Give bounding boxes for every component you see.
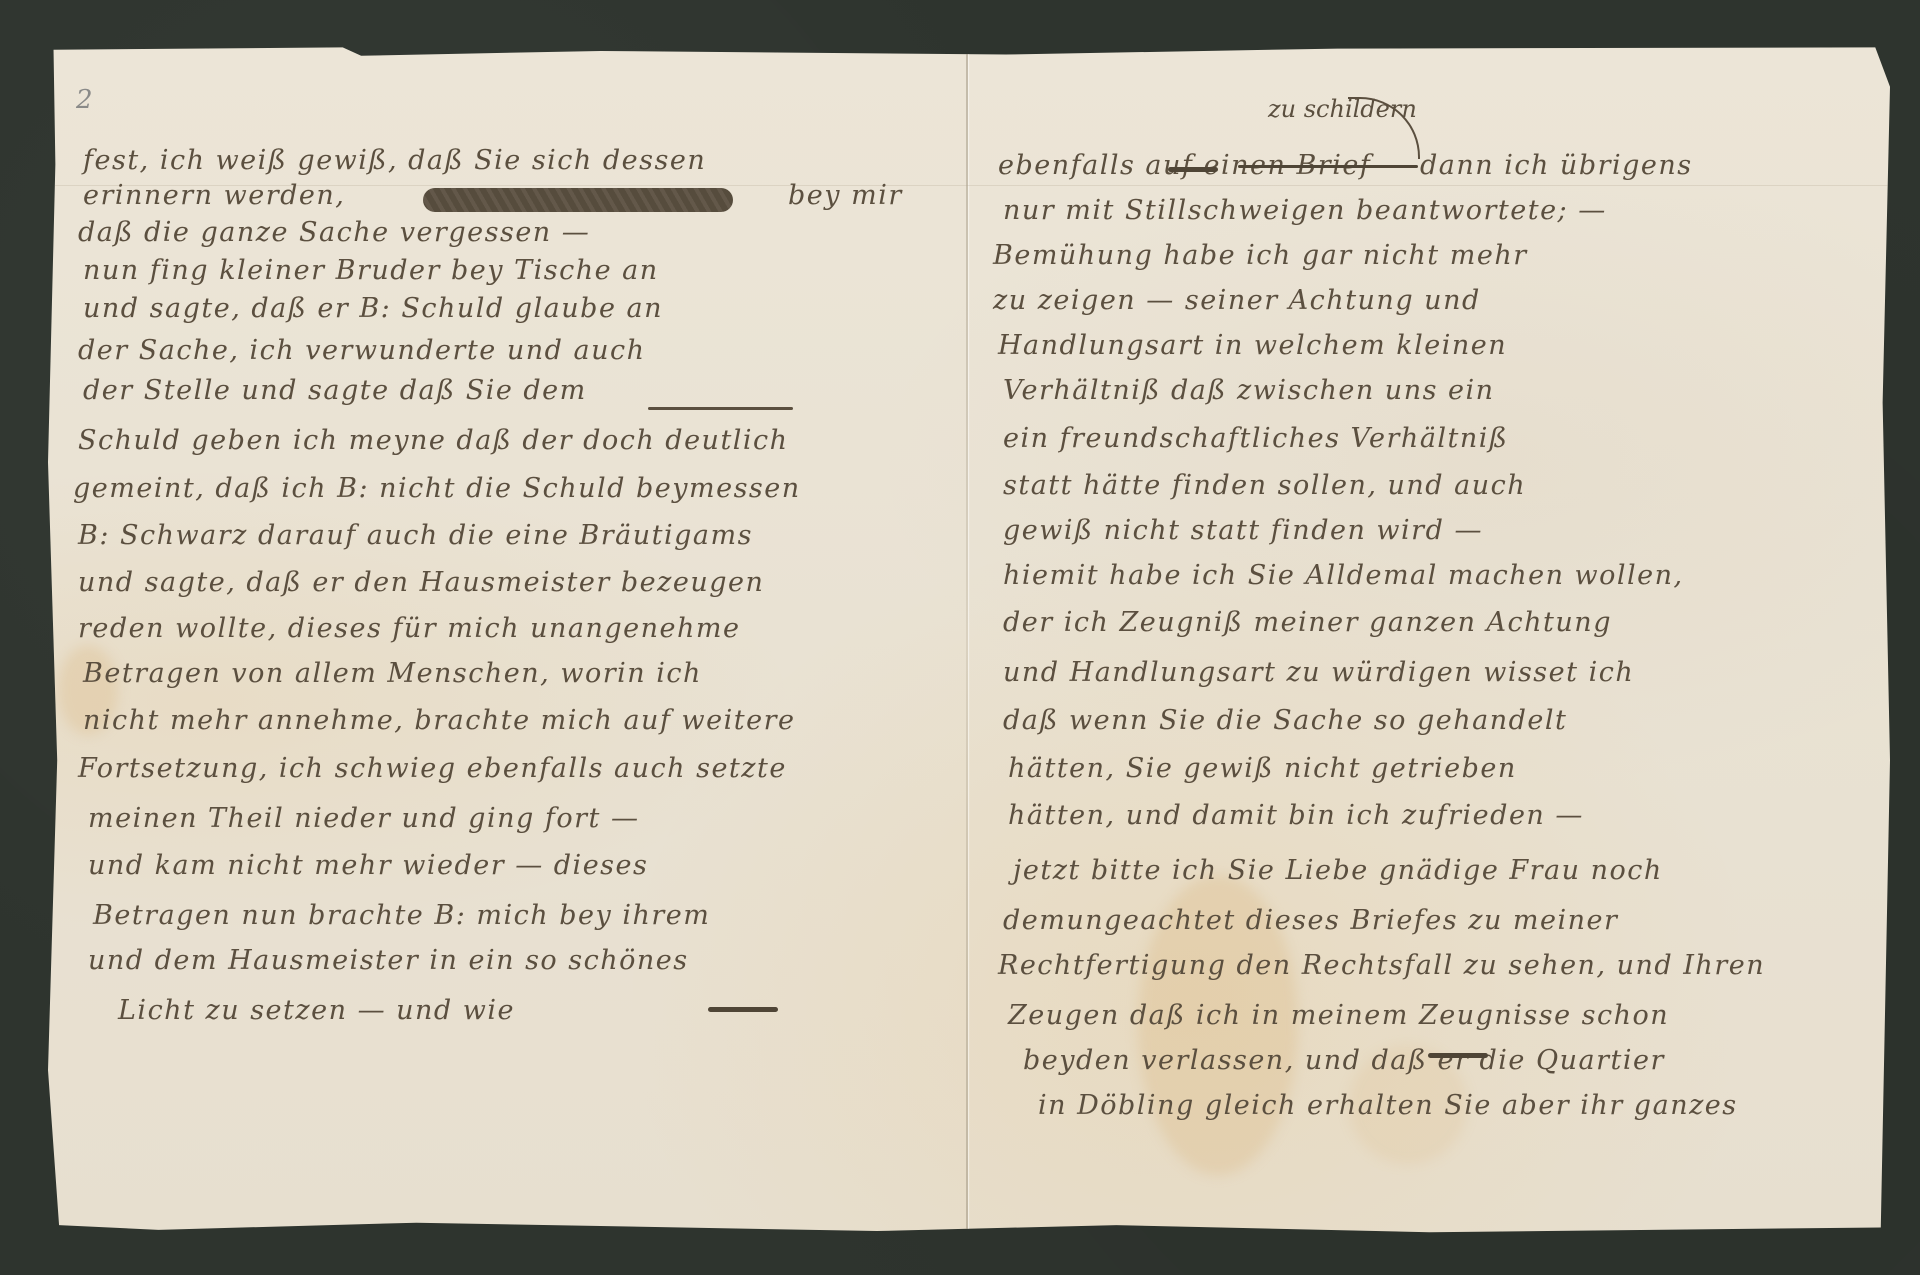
page-number: 2 [76,85,93,115]
manuscript-line: der Stelle und sagte daß Sie dem [83,375,587,406]
manuscript-line: ein freundschaftliches Verhältniß [1003,423,1508,454]
manuscript-line: Handlungsart in welchem kleinen [998,330,1507,361]
crossed-out-word [1428,1053,1488,1058]
manuscript-line: bey mir [788,180,903,211]
manuscript-line: hiemit habe ich Sie Alldemal machen woll… [1003,560,1684,591]
manuscript-line: daß wenn Sie die Sache so gehandelt [1003,705,1567,736]
crossed-out-word [708,1007,778,1012]
manuscript-line: und kam nicht mehr wieder — dieses [88,850,648,881]
manuscript-line: Schuld geben ich meyne daß der doch deut… [78,425,789,456]
manuscript-line: Licht zu setzen — und wie [118,995,515,1026]
manuscript-line: Betragen nun brachte B: mich bey ihrem [93,900,710,931]
crossed-out-words [1238,165,1418,168]
manuscript-line: der Sache, ich verwunderte und auch [78,335,645,366]
manuscript-line: daß die ganze Sache vergessen — [78,217,590,248]
manuscript-line: Zeugen daß ich in meinem Zeugnisse schon [1008,1000,1669,1031]
underline-mark [648,407,793,410]
manuscript-line: B: Schwarz darauf auch die eine Bräutiga… [78,520,753,551]
manuscript-line: Verhältniß daß zwischen uns ein [1003,375,1495,406]
manuscript-line: hätten, und damit bin ich zufrieden — [1008,800,1584,831]
manuscript-line: und dem Hausmeister in ein so schönes [88,945,689,976]
manuscript-line: meinen Theil nieder und ging fort — [88,803,639,834]
manuscript-line: Betragen von allem Menschen, worin ich [83,658,702,689]
crossed-out-word [1168,167,1218,172]
manuscript-line: gemeint, daß ich B: nicht die Schuld bey… [73,473,801,504]
manuscript-page: 2 fest, ich weiß gewiß, daß Sie sich des… [48,45,1890,1237]
manuscript-line: gewiß nicht statt finden wird — [1003,515,1483,546]
manuscript-line: zu zeigen — seiner Achtung und [993,285,1481,316]
manuscript-line: Fortsetzung, ich schwieg ebenfalls auch … [78,753,787,784]
manuscript-line: demungeachtet dieses Briefes zu meiner [1003,905,1618,936]
manuscript-line: jetzt bitte ich Sie Liebe gnädige Frau n… [1013,855,1663,886]
crossed-out-text [423,188,733,212]
manuscript-line: nur mit Stillschweigen beantwortete; — [1003,195,1607,226]
manuscript-line: erinnern werden, [83,180,345,211]
manuscript-line: nicht mehr annehme, brachte mich auf wei… [83,705,795,736]
manuscript-line: nun fing kleiner Bruder bey Tische an [83,255,659,286]
manuscript-line: der ich Zeugniß meiner ganzen Achtung [1003,607,1612,638]
manuscript-line: in Döbling gleich erhalten Sie aber ihr … [1038,1090,1738,1121]
manuscript-line: Bemühung habe ich gar nicht mehr [993,240,1528,271]
manuscript-line: und Handlungsart zu würdigen wisset ich [1003,657,1634,688]
manuscript-line: hätten, Sie gewiß nicht getrieben [1008,753,1517,784]
manuscript-line: fest, ich weiß gewiß, daß Sie sich desse… [83,145,963,176]
manuscript-line: und sagte, daß er B: Schuld glaube an [83,293,663,324]
manuscript-line: und sagte, daß er den Hausmeister bezeug… [78,567,764,598]
manuscript-line: statt hätte finden sollen, und auch [1003,470,1526,501]
manuscript-line: beyden verlassen, und daß er die Quartie… [1023,1045,1665,1076]
manuscript-line: reden wollte, dieses für mich unangenehm… [78,613,741,644]
manuscript-line: Rechtfertigung den Rechtsfall zu sehen, … [998,950,1765,981]
center-fold [966,45,968,1237]
